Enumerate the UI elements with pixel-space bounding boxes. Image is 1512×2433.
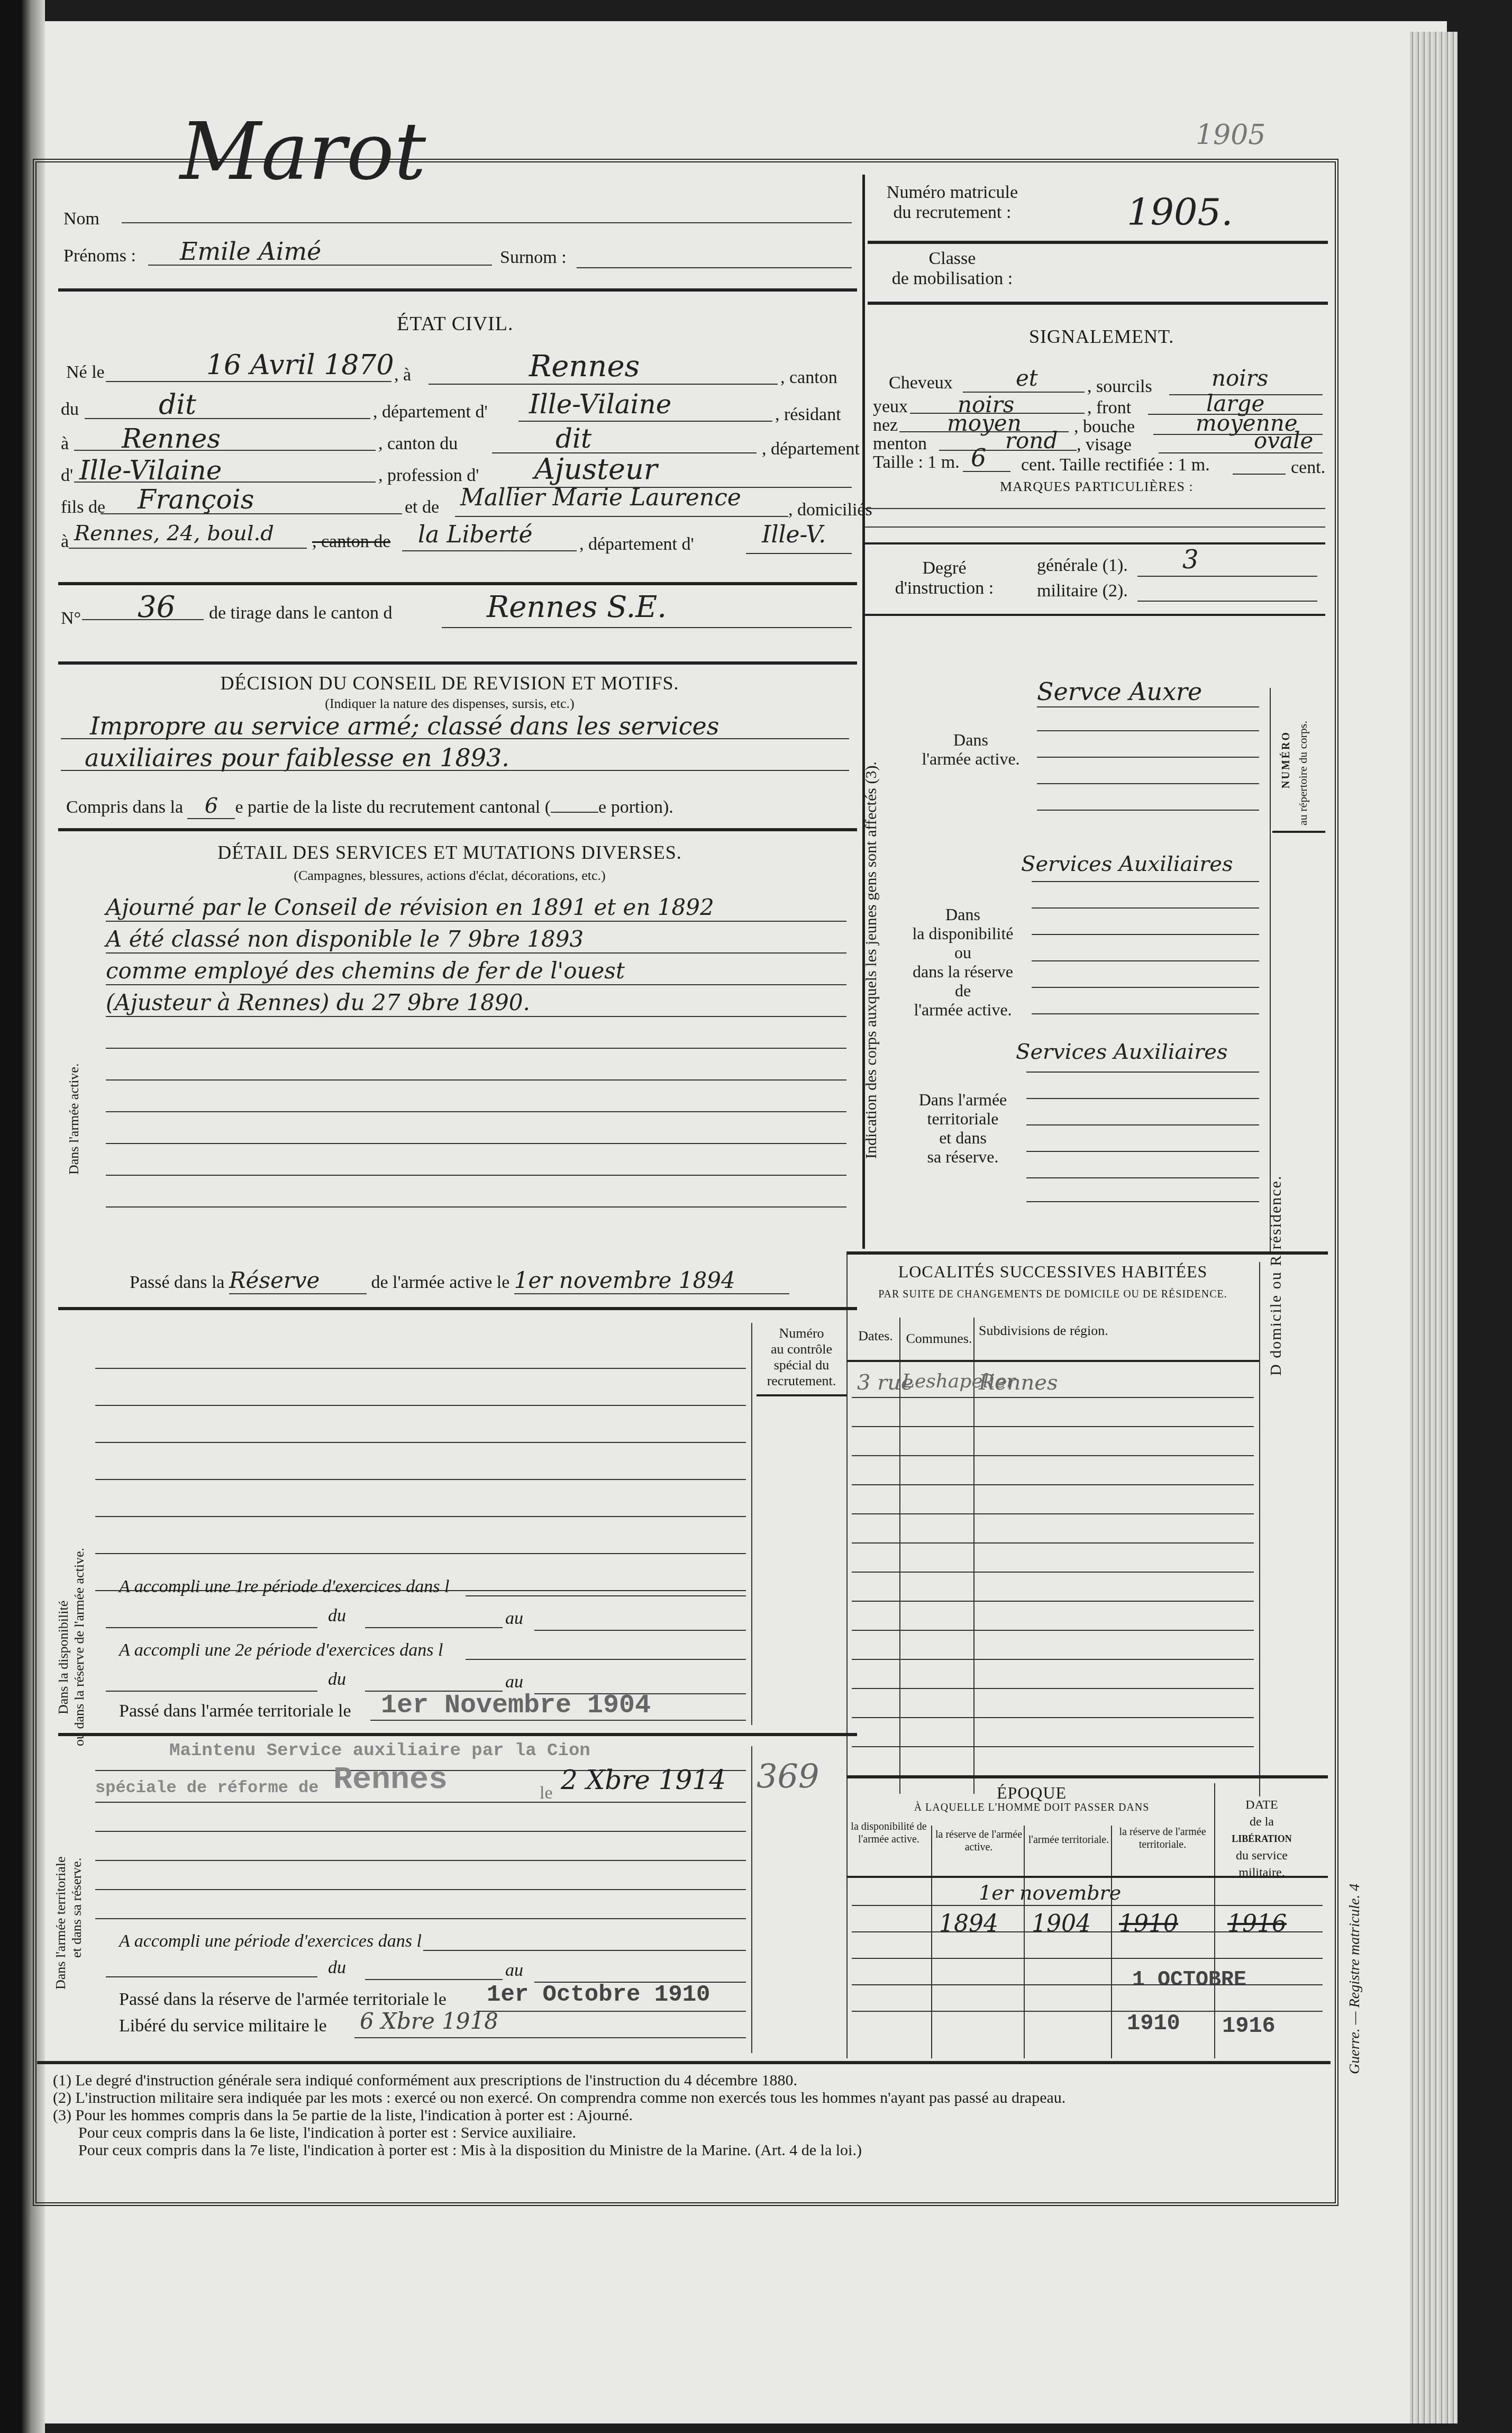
birth-canton-value: dit bbox=[159, 389, 196, 421]
cent-label: cent. bbox=[1291, 458, 1325, 478]
detail-line-4: (Ajusteur à Rennes) du 27 9bre 1890. bbox=[106, 989, 530, 1015]
birth-date-value: 16 Avril 1870 bbox=[206, 349, 394, 381]
tirage-label: de tirage dans le canton d bbox=[209, 603, 392, 623]
libere-label: Libéré du service militaire le bbox=[119, 2016, 327, 2036]
affect-dispo-label-2: la disponibilité bbox=[899, 924, 1026, 943]
localites-col-communes: Communes. bbox=[905, 1331, 973, 1347]
domicile-departement-label: , département d' bbox=[579, 534, 694, 555]
surname-value: Marot bbox=[180, 106, 426, 198]
domicile-a-label: à bbox=[61, 532, 69, 552]
stamp-1916: 1916 bbox=[1222, 2013, 1276, 2039]
affect-active-label-1: Dans bbox=[910, 730, 1032, 749]
footnote-1: (1) Le degré d'instruction générale sera… bbox=[53, 2072, 1065, 2089]
maintenu-le: le bbox=[540, 1783, 553, 1803]
birth-departement-value: Ille-Vilaine bbox=[529, 389, 671, 420]
affect-dispo-label-4: dans la réserve bbox=[899, 962, 1026, 981]
visage-value: ovale bbox=[1254, 428, 1313, 453]
et-de-label: et de bbox=[405, 497, 439, 518]
maintenu-date: 2 Xbre 1914 bbox=[561, 1765, 726, 1795]
detail-line-3: comme employé des chemins de fer de l'ou… bbox=[106, 958, 625, 984]
generale-label: générale (1). bbox=[1037, 556, 1128, 576]
affectation-territoriale-value: Services Auxiliaires bbox=[1016, 1040, 1227, 1064]
detail-line-2: A été classé non disponible le 7 9bre 18… bbox=[106, 926, 584, 952]
affect-dispo-label-3: ou bbox=[899, 943, 1026, 962]
compris-label-2: e partie de la liste du recrutement cant… bbox=[235, 797, 551, 817]
stamp-1910: 1910 bbox=[1127, 2011, 1180, 2036]
numero-controle-3: spécial du bbox=[757, 1357, 846, 1373]
pencil-page-number: 1905 bbox=[1196, 119, 1265, 151]
affectation-section-disponibilite: Dans la disponibilité ou dans la réserve… bbox=[899, 905, 1026, 1019]
periode-territoriale-label: A accompli une période d'exercices dans … bbox=[119, 1931, 422, 1951]
compris-label-1: Compris dans la bbox=[66, 797, 183, 817]
affect-dispo-label-5: de bbox=[899, 981, 1026, 1000]
periode2-label: A accompli une 2e période d'exercices da… bbox=[119, 1640, 443, 1660]
domicile-value: Rennes, 24, boul.d bbox=[74, 521, 274, 546]
father-value: François bbox=[138, 484, 254, 515]
compris-row: Compris dans la 6e partie de la liste du… bbox=[66, 794, 673, 819]
visage-label: , visage bbox=[1077, 435, 1132, 455]
residence-canton-label: , canton du bbox=[378, 434, 458, 454]
degre-label-1: Degré bbox=[878, 558, 1010, 578]
du-label-1: du bbox=[328, 1606, 346, 1626]
affect-dispo-label-1: Dans bbox=[899, 905, 1026, 924]
passe-reserve-label-1: Passé dans la bbox=[130, 1273, 224, 1292]
birth-place-value: Rennes bbox=[529, 349, 640, 384]
date-liberation-2: de la bbox=[1217, 1813, 1307, 1830]
fils-de-label: fils de bbox=[61, 497, 105, 518]
passe-reserve-row: Passé dans la Réserve de l'armée active … bbox=[130, 1267, 789, 1294]
epoque-col-disponibilite: la disponibilité de l'armée active. bbox=[846, 1820, 931, 1846]
affectation-section-territoriale: Dans l'armée territoriale et dans sa rés… bbox=[899, 1090, 1026, 1166]
decision-line-1: Impropre au service armé; classé dans le… bbox=[90, 712, 719, 740]
domicile-canton-label: , canton de bbox=[312, 532, 390, 552]
compris-label-3: e portion). bbox=[598, 797, 673, 817]
nom-label: Nom bbox=[63, 209, 99, 229]
epoque-subtitle: À LAQUELLE L'HOMME DOIT PASSER DANS bbox=[846, 1802, 1217, 1814]
marques-label: MARQUES PARTICULIÈRES : bbox=[1000, 479, 1194, 495]
maintenu-stamp-city: Rennes bbox=[333, 1762, 448, 1798]
affect-terr-label-1: Dans l'armée bbox=[899, 1090, 1026, 1109]
numero-controle-header: Numéro au contrôle spécial du recrutemen… bbox=[757, 1326, 846, 1389]
libere-value: 6 Xbre 1918 bbox=[360, 2008, 498, 2034]
numero-repertoire-2: au répertoire du corps. bbox=[1296, 721, 1310, 825]
detail-subtitle: (Campagnes, blessures, actions d'éclat, … bbox=[106, 868, 794, 884]
passe-reserve-terr-label: Passé dans la réserve de l'armée territo… bbox=[119, 1990, 447, 2010]
du-label-2: du bbox=[328, 1669, 346, 1690]
page-stack-edge bbox=[1410, 32, 1458, 2423]
generale-value: 3 bbox=[1182, 545, 1199, 575]
cheveux-value: et bbox=[1016, 365, 1038, 391]
matricule-label-1: Numéro matricule bbox=[878, 183, 1026, 203]
residant-label: , résidant bbox=[775, 405, 841, 425]
epoque-col-reserve-territoriale: la réserve de l'armée territoriale. bbox=[1114, 1826, 1212, 1851]
date-liberation-4: du service bbox=[1217, 1847, 1307, 1864]
classe-label-2: de mobilisation : bbox=[878, 269, 1026, 289]
au-label-3: au bbox=[505, 1960, 523, 1981]
numero-controle-1: Numéro bbox=[757, 1326, 846, 1341]
affect-terr-label-2: territoriale bbox=[899, 1109, 1026, 1128]
localites-subtitle: PAR SUITE DE CHANGEMENTS DE DOMICILE OU … bbox=[846, 1288, 1259, 1301]
passe-reserve-terr-value: 1er Octobre 1910 bbox=[487, 1982, 710, 2008]
au-label-1: au bbox=[505, 1609, 523, 1629]
matricule-label-2: du recrutement : bbox=[878, 203, 1026, 223]
menton-label: menton bbox=[873, 434, 927, 454]
taille-value: 6 bbox=[971, 443, 986, 472]
numero-repertoire-1: NUMÉRO bbox=[1280, 731, 1292, 788]
date-liberation-5: militaire. bbox=[1217, 1864, 1307, 1881]
tirage-canton-value: Rennes S.E. bbox=[487, 590, 667, 624]
residence-canton-value: dit bbox=[555, 423, 591, 454]
maintenu-stamp-line1: Maintenu Service auxiliaire par la Cion bbox=[169, 1741, 590, 1761]
surnom-label: Surnom : bbox=[500, 248, 567, 268]
prenoms-value: Emile Aimé bbox=[180, 237, 321, 266]
ne-le-label: Né le bbox=[66, 362, 105, 383]
mother-value: Mallier Marie Laurence bbox=[460, 484, 741, 511]
side-label-territoriale-1: Dans l'armée territoriale bbox=[53, 1856, 69, 1990]
epoque-title: ÉPOQUE bbox=[846, 1783, 1217, 1803]
du-label-3: du bbox=[328, 1958, 346, 1978]
residence-a-label: à bbox=[61, 434, 69, 454]
prenoms-label: Prénoms : bbox=[63, 246, 136, 266]
stamp-octobre: 1 OCTOBRE bbox=[1132, 1968, 1246, 1992]
passe-territoriale-label: Passé dans l'armée territoriale le bbox=[119, 1701, 351, 1721]
epoque-reserve-territoriale-value: 1910 bbox=[1119, 1910, 1178, 1937]
sourcils-label: , sourcils bbox=[1087, 377, 1152, 397]
front-label: , front bbox=[1087, 398, 1131, 418]
residence-departement-label: , département bbox=[762, 439, 860, 459]
tirage-no-label: N° bbox=[61, 609, 81, 629]
footnote-5: Pour ceux compris dans la 7e liste, l'in… bbox=[53, 2141, 1065, 2159]
footnote-3: (3) Pour les hommes compris dans la 5e p… bbox=[53, 2107, 1065, 2124]
affectation-section-active: Dans l'armée active. bbox=[910, 730, 1032, 768]
passe-reserve-label-2: de l'armée active le bbox=[371, 1273, 509, 1292]
passe-territoriale-value: 1er Novembre 1904 bbox=[381, 1691, 651, 1721]
affect-dispo-label-6: l'armée active. bbox=[899, 1000, 1026, 1019]
date-liberation-1: DATE bbox=[1217, 1796, 1307, 1813]
epoque-territoriale-value: 1904 bbox=[1032, 1910, 1091, 1937]
passe-reserve-value: Réserve bbox=[229, 1267, 367, 1294]
affect-terr-label-4: sa réserve. bbox=[899, 1147, 1026, 1166]
matricule-value: 1905. bbox=[1127, 190, 1233, 234]
degre-label-2: d'instruction : bbox=[878, 578, 1010, 598]
localites-title: LOCALITÉS SUCCESSIVES HABITÉES bbox=[846, 1262, 1259, 1282]
epoque-col-territoriale: l'armée territoriale. bbox=[1026, 1833, 1111, 1846]
affectation-disponibilite-value: Services Auxiliaires bbox=[1021, 852, 1233, 876]
affectation-active-value: Servce Auxre bbox=[1037, 677, 1202, 706]
decision-title: DÉCISION DU CONSEIL DE REVISION ET MOTIF… bbox=[106, 672, 794, 694]
footnotes: (1) Le degré d'instruction générale sera… bbox=[53, 2072, 1065, 2159]
localites-col-subdivisions: Subdivisions de région. bbox=[979, 1323, 1074, 1339]
date-liberation-header: DATE de la LIBÉRATION du service militai… bbox=[1217, 1796, 1307, 1881]
canton-du-label: du bbox=[61, 400, 79, 420]
periode1-label: A accompli une 1re période d'exercices d… bbox=[119, 1577, 449, 1597]
registre-matricule-footer: Guerre. — Registre matricule. 4 bbox=[1346, 1884, 1363, 2074]
decision-subtitle: (Indiquer la nature des dispenses, sursi… bbox=[106, 696, 794, 712]
a-label: , à bbox=[394, 365, 411, 385]
sourcils-value: noirs bbox=[1212, 365, 1268, 391]
cheveux-label: Cheveux bbox=[889, 373, 953, 393]
footnote-4: Pour ceux compris dans la 6e liste, l'in… bbox=[53, 2124, 1065, 2141]
numero-controle-2: au contrôle bbox=[757, 1341, 846, 1357]
compris-portion-value bbox=[551, 812, 598, 813]
yeux-label: yeux bbox=[873, 397, 908, 417]
side-label-disponibilite-2: ou dans la réserve de l'armée active. bbox=[71, 1548, 87, 1746]
numero-controle-4: recrutement. bbox=[757, 1373, 846, 1389]
localites-row-subdivision: Rennes bbox=[979, 1370, 1058, 1395]
compris-partie-value: 6 bbox=[187, 794, 235, 819]
canton-label: , canton bbox=[780, 368, 837, 388]
militaire-label: militaire (2). bbox=[1037, 581, 1128, 601]
maintenu-stamp-line2: spéciale de réforme de bbox=[95, 1778, 318, 1797]
affect-active-label-2: l'armée active. bbox=[910, 749, 1032, 768]
classe-label-1: Classe bbox=[878, 249, 1026, 269]
bouche-label: , bouche bbox=[1074, 417, 1135, 437]
au-label-2: au bbox=[505, 1672, 523, 1692]
domicilies-label: , domiciliés bbox=[788, 500, 872, 520]
etat-civil-title: ÉTAT CIVIL. bbox=[397, 312, 513, 335]
nez-label: nez bbox=[873, 415, 898, 435]
departement-label: , département d' bbox=[373, 402, 488, 422]
domicile-departement-value: Ille-V. bbox=[762, 521, 826, 548]
localites-col-dates: Dates. bbox=[852, 1328, 899, 1344]
epoque-day-value: 1er novembre bbox=[979, 1881, 1121, 1904]
affectation-side-label: Indication des corps auxquels les jeunes… bbox=[862, 761, 880, 1159]
side-label-territoriale-2: et dans sa réserve. bbox=[69, 1858, 85, 1958]
localites-dr-header: D domicile ou R résidence. bbox=[1267, 1175, 1285, 1376]
footnote-2: (2) L'instruction militaire sera indiqué… bbox=[53, 2089, 1065, 2107]
passe-reserve-date: 1er novembre 1894 bbox=[514, 1267, 789, 1294]
epoque-reserve-active-value: 1894 bbox=[939, 1910, 998, 1937]
d-prefix: d' bbox=[61, 466, 73, 486]
signalement-title: SIGNALEMENT. bbox=[1029, 325, 1174, 348]
detail-title: DÉTAIL DES SERVICES ET MUTATIONS DIVERSE… bbox=[106, 841, 794, 864]
epoque-col-reserve-active: la réserve de l'armée active. bbox=[934, 1828, 1024, 1854]
detail-line-1: Ajourné par le Conseil de révision en 18… bbox=[106, 894, 714, 920]
side-label-armee-active: Dans l'armée active. bbox=[66, 1064, 82, 1175]
liberation-handwritten-value: 1916 bbox=[1227, 1910, 1287, 1937]
domicile-canton-value: la Liberté bbox=[418, 521, 533, 548]
side-label-disponibilite-1: Dans la disponibilité bbox=[56, 1601, 71, 1714]
numero-controle-value: 369 bbox=[757, 1757, 819, 1795]
profession-label: , profession d' bbox=[378, 466, 479, 486]
date-liberation-3: LIBÉRATION bbox=[1217, 1830, 1307, 1847]
decision-line-2: auxiliaires pour faiblesse en 1893. bbox=[85, 743, 509, 772]
affect-terr-label-3: et dans bbox=[899, 1128, 1026, 1147]
taille-label: Taille : 1 m. bbox=[873, 452, 960, 473]
profession-value: Ajusteur bbox=[534, 452, 657, 486]
taille-rectifiee-label: cent. Taille rectifiée : 1 m. bbox=[1021, 455, 1210, 475]
column-divider-lower bbox=[846, 1254, 848, 2058]
